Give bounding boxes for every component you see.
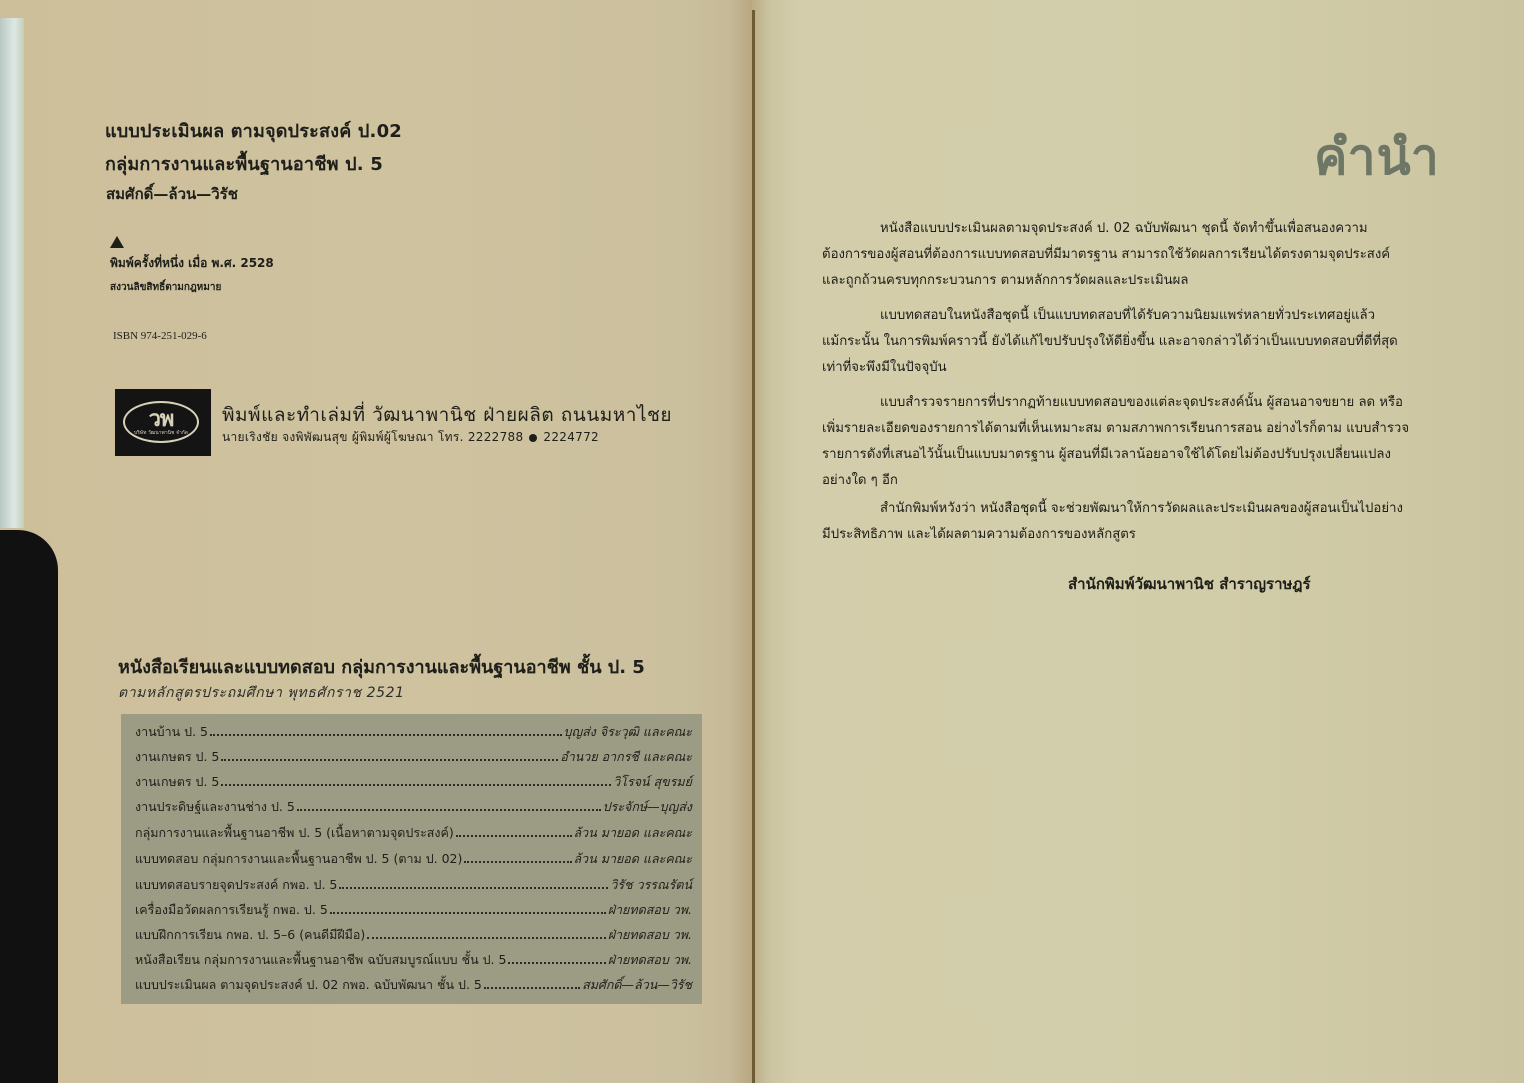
printer-contact: นายเริงชัย จงพิพัฒนสุข ผู้พิมพ์ผู้โฆษณา … bbox=[222, 430, 523, 444]
book-list-row: แบบทดสอบรายจุดประสงค์ กพอ. ป. 5วิรัช วรร… bbox=[135, 875, 692, 897]
dot-leader bbox=[221, 774, 611, 786]
paragraph-line: อย่างใด ๆ อีก bbox=[822, 468, 1434, 494]
paragraph-line: รายการดังที่เสนอไว้นั้นเป็นแบบมาตรฐาน ผู… bbox=[822, 442, 1434, 468]
thumb-holding-book bbox=[0, 530, 58, 1083]
book-authors: สมศักดิ์—ล้วน—วิรัช bbox=[106, 182, 238, 206]
paragraph-line: มีประสิทธิภาพ และได้ผลตามความต้องการของห… bbox=[822, 522, 1434, 548]
dot-leader bbox=[221, 749, 558, 761]
book-title: หนังสือเรียน กลุ่มการงานและพื้นฐานอาชีพ … bbox=[135, 950, 506, 970]
book-list-row: งานเกษตร ป. 5อำนวย อากรชี และคณะ bbox=[135, 747, 692, 769]
book-title: งานเกษตร ป. 5 bbox=[135, 747, 219, 767]
book-author: ฝ่ายทดสอบ วพ. bbox=[608, 925, 692, 945]
dot-leader bbox=[484, 977, 580, 989]
book-list-row: หนังสือเรียน กลุ่มการงานและพื้นฐานอาชีพ … bbox=[135, 950, 692, 972]
logo-mark: วพ bbox=[125, 409, 197, 431]
copyright-notice: สงวนลิขสิทธิ์ตามกฎหมาย bbox=[110, 280, 221, 295]
paragraph-line: และถูกถ้วนครบทุกกระบวนการ ตามหลักการวัดผ… bbox=[822, 268, 1434, 294]
book-title: แบบทดสอบรายจุดประสงค์ กพอ. ป. 5 bbox=[135, 875, 337, 895]
page-edge bbox=[0, 18, 24, 528]
paragraph-line: แบบสำรวจรายการที่ปรากฏท้ายแบบทดสอบของแต่… bbox=[822, 390, 1434, 416]
book-spine-gutter bbox=[752, 10, 755, 1083]
book-list-row: แบบฝึกการเรียน กพอ. ป. 5–6 (คนดีมีฝีมือ)… bbox=[135, 925, 692, 947]
book-title: เครื่องมือวัดผลการเรียนรู้ กพอ. ป. 5 bbox=[135, 900, 328, 920]
book-list-row: งานเกษตร ป. 5วิโรจน์ สุขรมย์ bbox=[135, 772, 692, 794]
book-author: ฝ่ายทดสอบ วพ. bbox=[608, 950, 692, 970]
book-list-table: งานบ้าน ป. 5บุญส่ง จิระวุฒิ และคณะ งานเก… bbox=[121, 714, 702, 1004]
book-title: งานบ้าน ป. 5 bbox=[135, 722, 208, 742]
paragraph-line: แม้กระนั้น ในการพิมพ์คราวนี้ ยังได้แก้ไข… bbox=[822, 329, 1434, 355]
series-subtitle: ตามหลักสูตรประถมศึกษา พุทธศักราช 2521 bbox=[118, 682, 405, 704]
preface-heading: คำนำ bbox=[1314, 118, 1440, 197]
dot-leader bbox=[456, 825, 572, 837]
paragraph-line: เพิ่มรายละเอียดของรายการได้ตามที่เห็นเหม… bbox=[822, 416, 1434, 442]
paragraph-line: หนังสือแบบประเมินผลตามจุดประสงค์ ป. 02 ฉ… bbox=[822, 216, 1434, 242]
publisher-signature: สำนักพิมพ์วัฒนาพานิช สำราญราษฎร์ bbox=[1068, 572, 1311, 596]
book-list-row: แบบทดสอบ กลุ่มการงานและพื้นฐานอาชีพ ป. 5… bbox=[135, 849, 692, 871]
book-title: แบบประเมินผล ตามจุดประสงค์ ป. 02 กพอ. ฉบ… bbox=[135, 975, 482, 995]
bullet-dot-icon bbox=[529, 434, 537, 442]
logo-oval-icon: วพ บริษัท วัฒนาพานิช จำกัด bbox=[123, 401, 199, 443]
book-author: วิรัช วรรณรัตน์ bbox=[610, 875, 692, 895]
series-title: หนังสือเรียนและแบบทดสอบ กลุ่มการงานและพื… bbox=[118, 652, 645, 681]
paragraph-line: ต้องการของผู้สอนที่ต้องการแบบทดสอบที่มีม… bbox=[822, 242, 1434, 268]
first-print-info: พิมพ์ครั้งที่หนึ่ง เมื่อ พ.ศ. 2528 bbox=[110, 254, 274, 273]
dot-leader bbox=[339, 877, 608, 889]
dot-leader bbox=[464, 851, 571, 863]
publisher-logo: วพ บริษัท วัฒนาพานิช จำกัด bbox=[115, 389, 211, 456]
printer-info-line-2: นายเริงชัย จงพิพัฒนสุข ผู้พิมพ์ผู้โฆษณา … bbox=[222, 428, 599, 447]
printer-phone-2: 2224772 bbox=[543, 430, 599, 444]
preface-paragraph-1: หนังสือแบบประเมินผลตามจุดประสงค์ ป. 02 ฉ… bbox=[822, 216, 1434, 294]
paragraph-line: แบบทดสอบในหนังสือชุดนี้ เป็นแบบทดสอบที่ไ… bbox=[822, 303, 1434, 329]
book-list-row: เครื่องมือวัดผลการเรียนรู้ กพอ. ป. 5ฝ่าย… bbox=[135, 900, 692, 922]
dot-leader bbox=[367, 927, 605, 939]
book-author: บุญส่ง จิระวุฒิ และคณะ bbox=[564, 722, 692, 742]
book-title: งานเกษตร ป. 5 bbox=[135, 772, 219, 792]
book-author: ล้วน มายอด และคณะ bbox=[574, 849, 692, 869]
book-title: แบบทดสอบ กลุ่มการงานและพื้นฐานอาชีพ ป. 5… bbox=[135, 849, 462, 869]
book-list-row: กลุ่มการงานและพื้นฐานอาชีพ ป. 5 (เนื้อหา… bbox=[135, 823, 692, 845]
printer-info-line-1: พิมพ์และทำเล่มที่ วัฒนาพานิช ฝ่ายผลิต ถน… bbox=[222, 400, 672, 430]
preface-paragraph-3: แบบสำรวจรายการที่ปรากฏท้ายแบบทดสอบของแต่… bbox=[822, 390, 1434, 494]
triangle-up-icon bbox=[110, 236, 124, 248]
book-author: ฝ่ายทดสอบ วพ. bbox=[608, 900, 692, 920]
book-author: ล้วน มายอด และคณะ bbox=[574, 823, 692, 843]
dot-leader bbox=[210, 724, 562, 736]
preface-paragraph-2: แบบทดสอบในหนังสือชุดนี้ เป็นแบบทดสอบที่ไ… bbox=[822, 303, 1434, 381]
dot-leader bbox=[330, 902, 606, 914]
book-author: อำนวย อากรชี และคณะ bbox=[560, 747, 692, 767]
book-list-row: งานบ้าน ป. 5บุญส่ง จิระวุฒิ และคณะ bbox=[135, 722, 692, 744]
dot-leader bbox=[297, 799, 601, 811]
paragraph-line: เท่าที่จะพึงมีในปัจจุบัน bbox=[822, 355, 1434, 381]
book-list-row: แบบประเมินผล ตามจุดประสงค์ ป. 02 กพอ. ฉบ… bbox=[135, 975, 692, 997]
dot-leader bbox=[508, 952, 605, 964]
book-title: แบบฝึกการเรียน กพอ. ป. 5–6 (คนดีมีฝีมือ) bbox=[135, 925, 365, 945]
logo-subtext: บริษัท วัฒนาพานิช จำกัด bbox=[125, 429, 197, 437]
book-author: สมศักดิ์—ล้วน—วิรัช bbox=[582, 975, 692, 995]
book-title-line-2: กลุ่มการงานและพื้นฐานอาชีพ ป. 5 bbox=[105, 149, 383, 178]
book-list-row: งานประดิษฐ์และงานช่าง ป. 5ประจักษ์—บุญส่… bbox=[135, 797, 692, 819]
paragraph-line: สำนักพิมพ์หวังว่า หนังสือชุดนี้ จะช่วยพั… bbox=[822, 496, 1434, 522]
book-title: งานประดิษฐ์และงานช่าง ป. 5 bbox=[135, 797, 295, 817]
book-title: กลุ่มการงานและพื้นฐานอาชีพ ป. 5 (เนื้อหา… bbox=[135, 823, 454, 843]
book-author: ประจักษ์—บุญส่ง bbox=[603, 797, 692, 817]
gutter-shadow bbox=[730, 0, 770, 1083]
preface-paragraph-4: สำนักพิมพ์หวังว่า หนังสือชุดนี้ จะช่วยพั… bbox=[822, 496, 1434, 548]
book-author: วิโรจน์ สุขรมย์ bbox=[613, 772, 692, 792]
book-title-line-1: แบบประเมินผล ตามจุดประสงค์ ป.02 bbox=[105, 116, 402, 145]
isbn: ISBN 974-251-029-6 bbox=[113, 330, 207, 342]
